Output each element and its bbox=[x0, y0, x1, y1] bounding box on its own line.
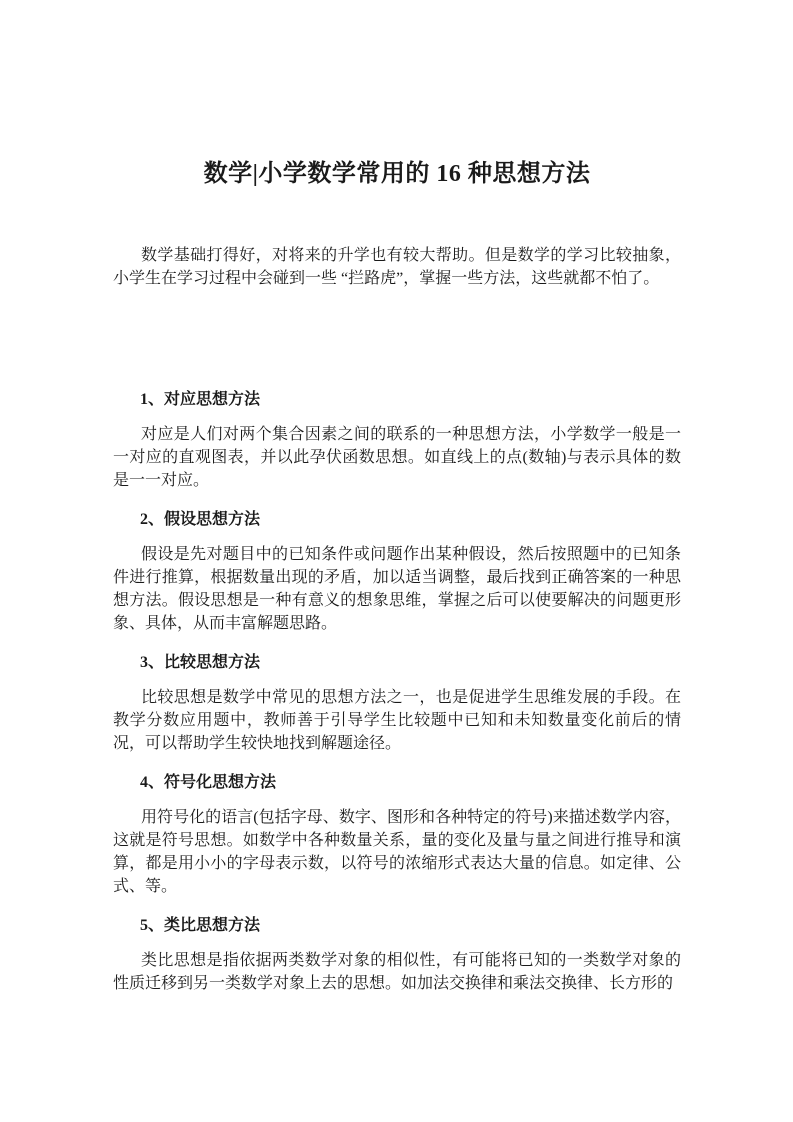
document-content: 数学|小学数学常用的 16 种思想方法 数学基础打得好，对将来的升学也有较大帮助… bbox=[113, 0, 681, 995]
section-4: 4、符号化思想方法 用符号化的语言(包括字母、数字、图形和各种特定的符号)来描述… bbox=[113, 771, 681, 898]
section-heading: 2、假设思想方法 bbox=[113, 508, 681, 531]
document-page: 数学|小学数学常用的 16 种思想方法 数学基础打得好，对将来的升学也有较大帮助… bbox=[0, 0, 793, 1122]
sections-list: 1、对应思想方法 对应是人们对两个集合因素之间的联系的一种思想方法，小学数学一般… bbox=[113, 388, 681, 995]
section-heading: 3、比较思想方法 bbox=[113, 651, 681, 674]
section-heading: 5、类比思想方法 bbox=[113, 914, 681, 937]
section-1: 1、对应思想方法 对应是人们对两个集合因素之间的联系的一种思想方法，小学数学一般… bbox=[113, 388, 681, 492]
document-title: 数学|小学数学常用的 16 种思想方法 bbox=[113, 0, 681, 190]
section-paragraph: 类比思想是指依据两类数学对象的相似性，有可能将已知的一类数学对象的性质迁移到另一… bbox=[113, 949, 681, 995]
section-2: 2、假设思想方法 假设是先对题目中的已知条件或问题作出某种假设，然后按照题中的已… bbox=[113, 508, 681, 635]
section-heading: 4、符号化思想方法 bbox=[113, 771, 681, 794]
section-3: 3、比较思想方法 比较思想是数学中常见的思想方法之一，也是促进学生思维发展的手段… bbox=[113, 651, 681, 755]
intro-paragraph: 数学基础打得好，对将来的升学也有较大帮助。但是数学的学习比较抽象，小学生在学习过… bbox=[113, 244, 681, 290]
section-heading: 1、对应思想方法 bbox=[113, 388, 681, 411]
section-paragraph: 用符号化的语言(包括字母、数字、图形和各种特定的符号)来描述数学内容，这就是符号… bbox=[113, 806, 681, 898]
section-paragraph: 假设是先对题目中的已知条件或问题作出某种假设，然后按照题中的已知条件进行推算，根… bbox=[113, 543, 681, 635]
section-5: 5、类比思想方法 类比思想是指依据两类数学对象的相似性，有可能将已知的一类数学对… bbox=[113, 914, 681, 995]
section-paragraph: 对应是人们对两个集合因素之间的联系的一种思想方法，小学数学一般是一一对应的直观图… bbox=[113, 423, 681, 492]
section-paragraph: 比较思想是数学中常见的思想方法之一，也是促进学生思维发展的手段。在教学分数应用题… bbox=[113, 686, 681, 755]
